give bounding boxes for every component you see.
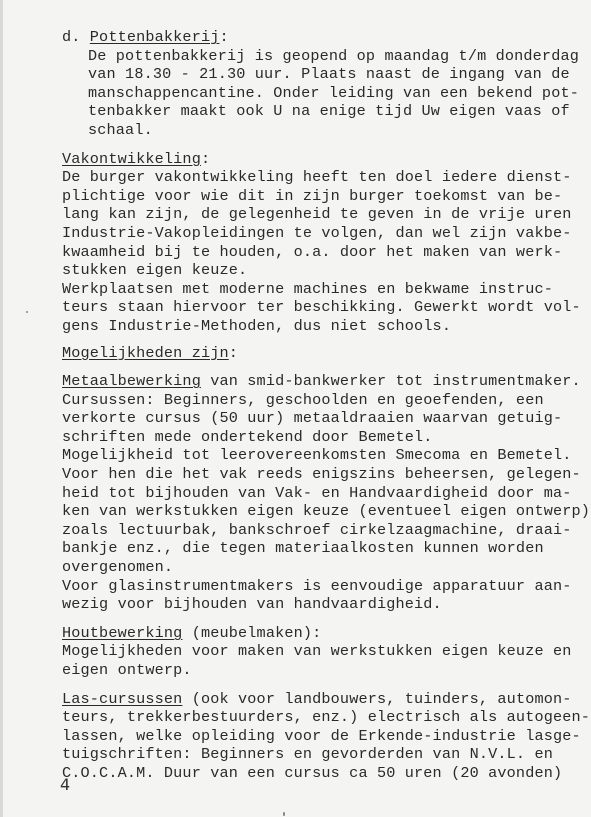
text-line: bankje enz., die tegen materiaalkosten k… <box>62 539 582 558</box>
section-heading: Vakontwikkeling <box>62 150 201 168</box>
page-edge <box>0 0 3 817</box>
text-line: Voor hen die het vak reeds enigszins beh… <box>62 465 582 484</box>
section-heading-line: Las-cursussen (ook voor landbouwers, tui… <box>62 690 582 709</box>
text-line: zoals lectuurbak, bankschroef cirkelzaag… <box>62 521 582 540</box>
text-line: lang kan zijn, de gelegenheid te geven i… <box>62 205 582 224</box>
text-line: manschappencantine. Onder leiding van ee… <box>88 84 582 103</box>
section-heading-line: Vakontwikkeling: <box>62 150 582 169</box>
text-line: kwaamheid bij te houden, o.a. door het m… <box>62 243 582 262</box>
text-line: overgenomen. <box>62 558 582 577</box>
text-line: Voor glasinstrumentmakers is eenvoudige … <box>62 577 582 596</box>
heading-colon: : <box>220 28 229 46</box>
section-heading-line: d. Pottenbakkerij: <box>62 28 582 47</box>
text-line: De pottenbakkerij is geopend op maandag … <box>88 47 582 66</box>
text-line: Mogelijkheden voor maken van werkstukken… <box>62 642 582 661</box>
text-line: heid tot bijhouden van Vak- en Handvaard… <box>62 484 582 503</box>
text-line: verkorte cursus (50 uur) metaaldraaien w… <box>62 409 582 428</box>
text-line: Industrie-Vakopleidingen te volgen, dan … <box>62 224 582 243</box>
text-line: tenbakker maakt ook U na enige tijd Uw e… <box>88 102 582 121</box>
text-line: teurs staan hiervoor ter beschikking. Ge… <box>62 298 582 317</box>
page-number: 4 <box>60 775 70 794</box>
text-line: van 18.30 - 21.30 uur. Plaats naast de i… <box>88 65 582 84</box>
text-line: schaal. <box>88 121 582 140</box>
mogelijkheden-heading-line: Mogelijkheden zijn: <box>62 344 582 363</box>
section-heading: Metaalbewerking <box>62 372 201 390</box>
text-line: ken van werkstukken eigen keuze (eventue… <box>62 502 582 521</box>
heading-continuation: van smid-bankwerker tot instrumentmaker. <box>201 372 581 390</box>
heading-continuation: (meubelmaken): <box>182 624 321 642</box>
section-metaalbewerking: Metaalbewerking van smid-bankwerker tot … <box>62 372 582 614</box>
text-line: schriften mede ondertekend door Bemetel. <box>62 428 582 447</box>
heading-continuation: (ook voor landbouwers, tuinders, automon… <box>182 690 571 708</box>
text-line: stukken eigen keuze. <box>62 261 582 280</box>
section-heading: Las-cursussen <box>62 690 182 708</box>
text-line: C.O.C.A.M. Duur van een cursus ca 50 ure… <box>62 764 582 783</box>
section-houtbewerking: Houtbewerking (meubelmaken): Mogelijkhed… <box>62 624 582 680</box>
section-heading: Houtbewerking <box>62 624 182 642</box>
text-line: De burger vakontwikkeling heeft ten doel… <box>62 168 582 187</box>
list-marker: d. <box>62 28 81 46</box>
section-vakontwikkeling: Vakontwikkeling: De burger vakontwikkeli… <box>62 150 582 336</box>
document-page: d. Pottenbakkerij: De pottenbakkerij is … <box>62 28 582 783</box>
section-heading: Pottenbakkerij <box>90 28 220 46</box>
text-line: gens Industrie-Methoden, dus niet school… <box>62 317 582 336</box>
text-line: eigen ontwerp. <box>62 661 582 680</box>
scan-speck <box>283 812 285 816</box>
text-line: wezig voor bijhouden van handvaardigheid… <box>62 595 582 614</box>
text-line: tuigschriften: Beginners en gevorderden … <box>62 745 582 764</box>
text-line: lassen, welke opleiding voor de Erkende-… <box>62 727 582 746</box>
section-las-cursussen: Las-cursussen (ook voor landbouwers, tui… <box>62 690 582 783</box>
heading-colon: : <box>201 150 210 168</box>
scan-speck <box>26 311 28 313</box>
text-line: Cursussen: Beginners, geschoolden en geo… <box>62 391 582 410</box>
text-line: Werkplaatsen met moderne machines en bek… <box>62 280 582 299</box>
section-body: De pottenbakkerij is geopend op maandag … <box>62 47 582 140</box>
text-line: Mogelijkheid tot leerovereenkomsten Smec… <box>62 446 582 465</box>
text-line: teurs, trekkerbestuurders, enz.) electri… <box>62 708 582 727</box>
section-heading-line: Metaalbewerking van smid-bankwerker tot … <box>62 372 582 391</box>
section-heading-line: Houtbewerking (meubelmaken): <box>62 624 582 643</box>
section-pottenbakkerij: d. Pottenbakkerij: De pottenbakkerij is … <box>62 28 582 140</box>
text-line: plichtige voor wie dit in zijn burger to… <box>62 187 582 206</box>
section-heading: Mogelijkheden zijn <box>62 344 229 362</box>
heading-colon: : <box>229 344 238 362</box>
